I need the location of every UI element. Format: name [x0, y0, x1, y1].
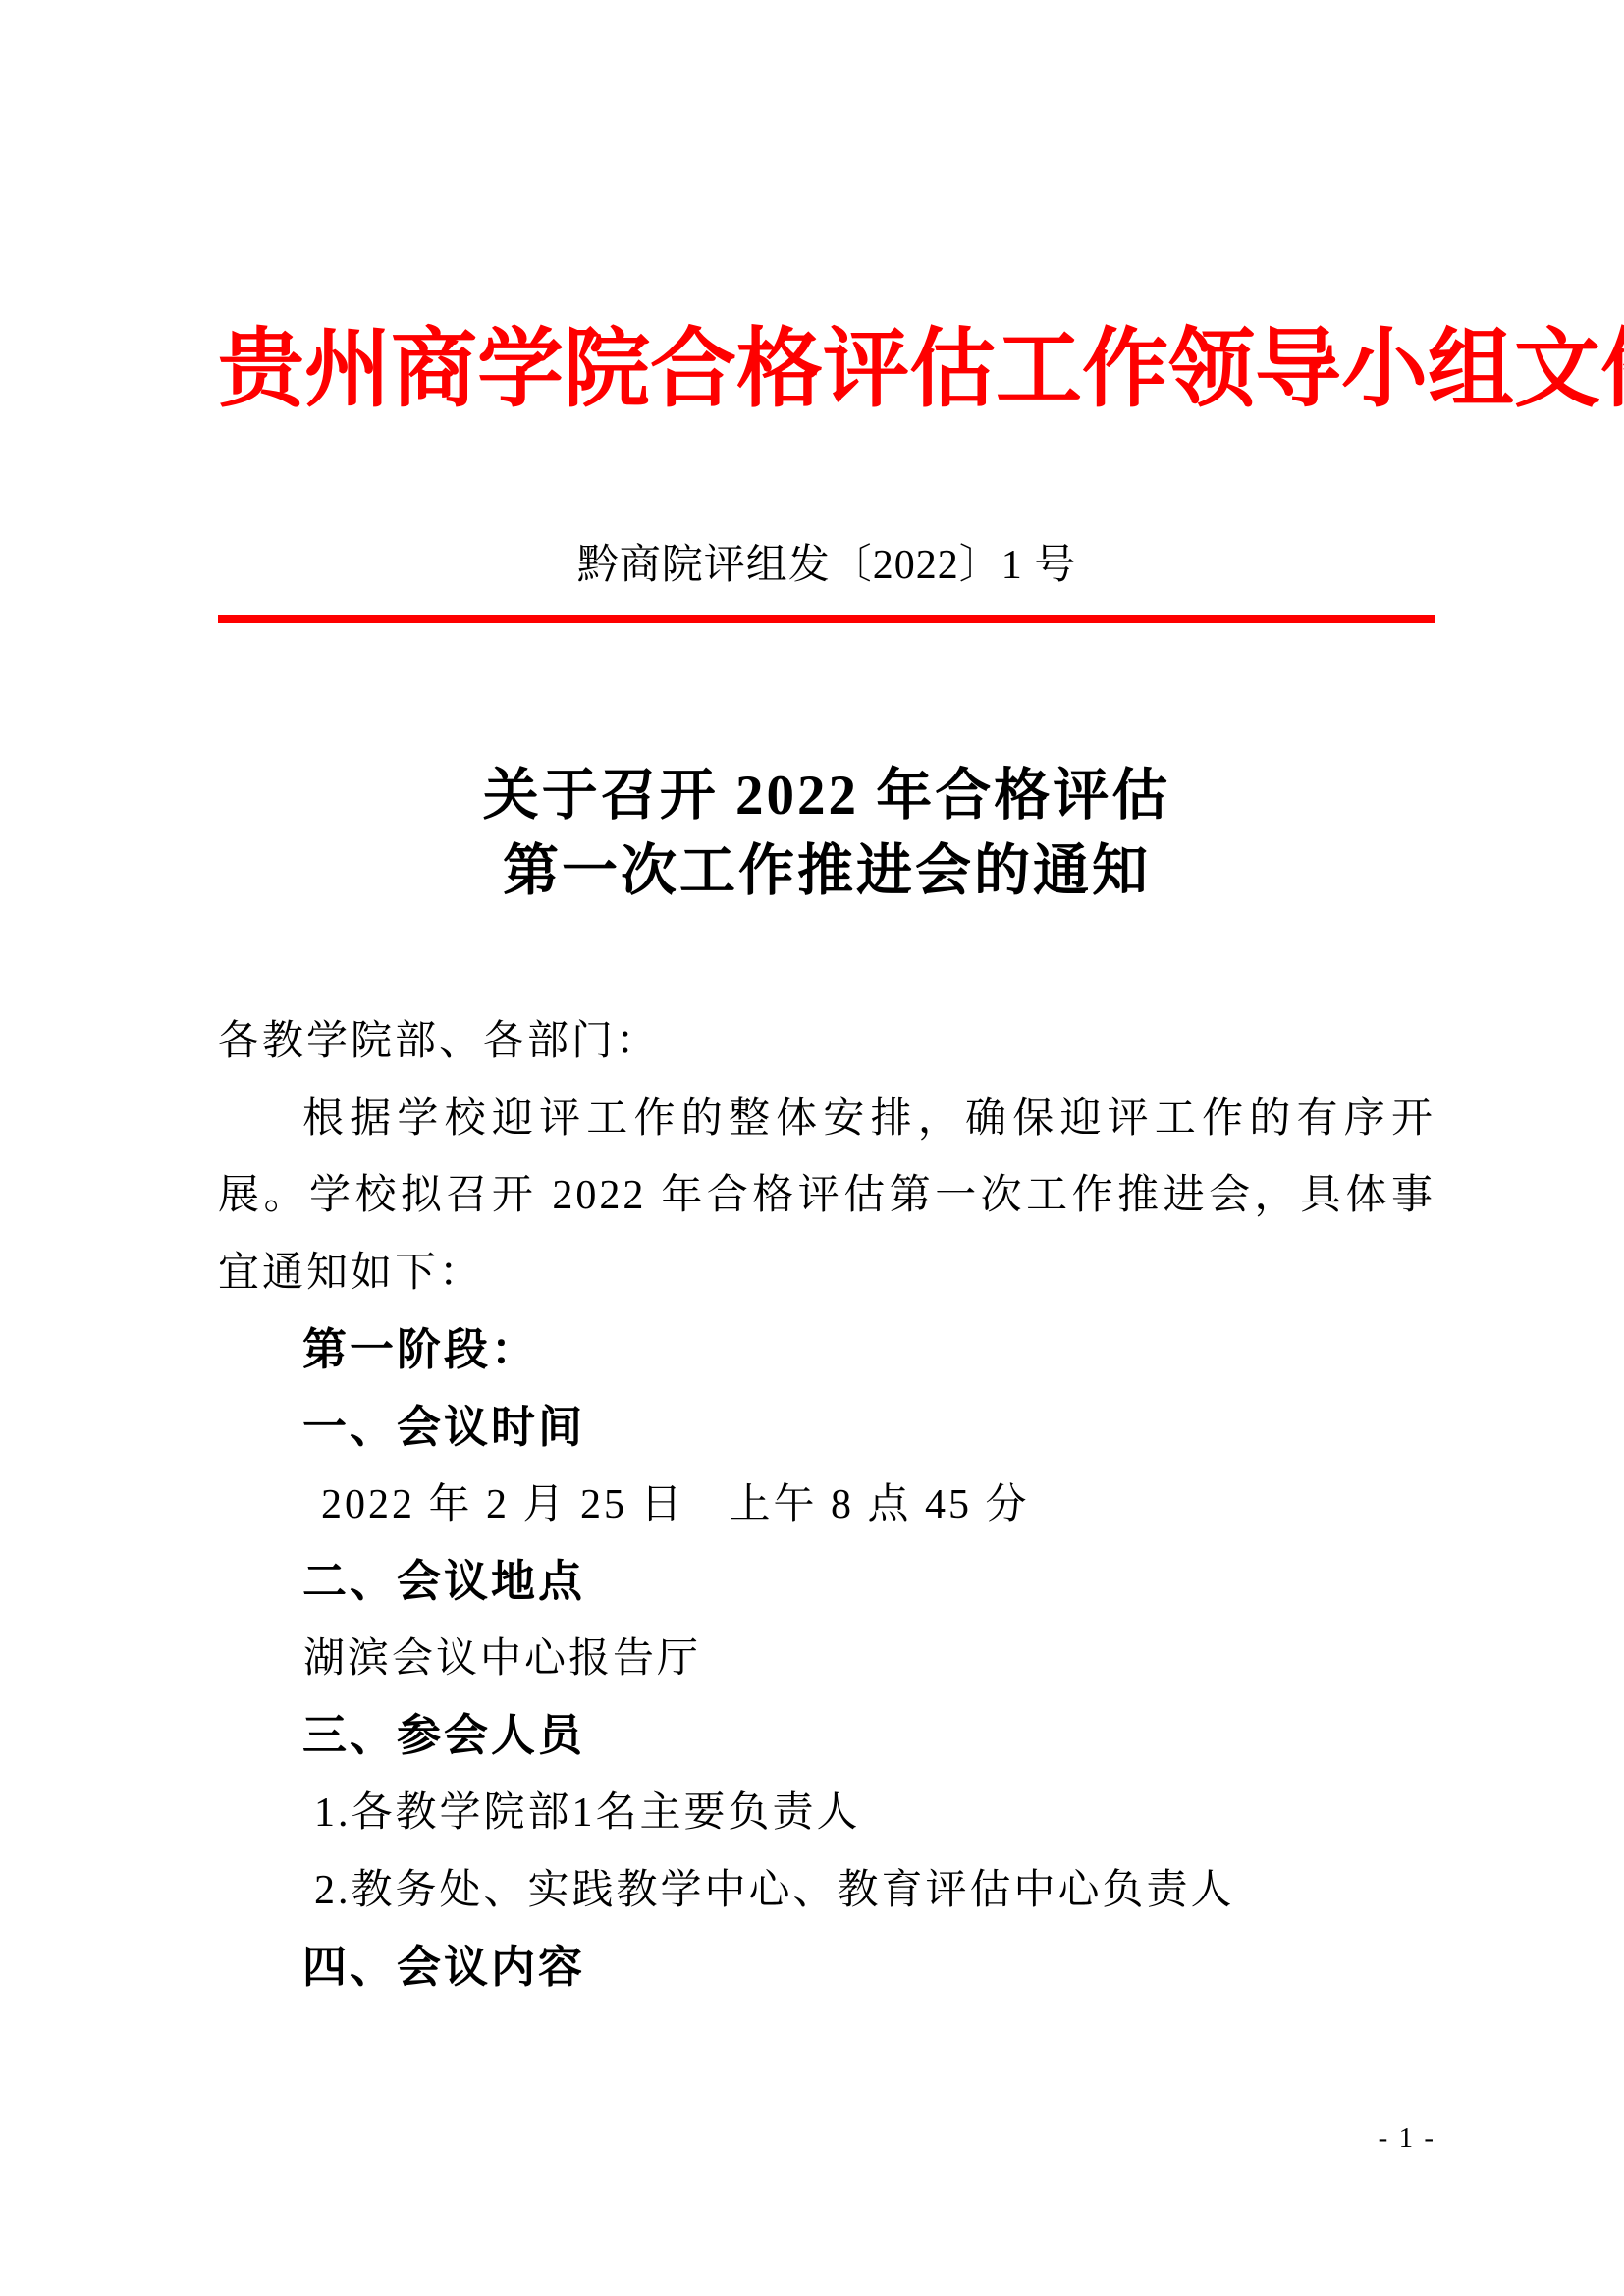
document-title-line2: 第一次工作推进会的通知	[218, 833, 1435, 909]
document-number: 黔商院评组发〔2022〕1 号	[218, 538, 1435, 593]
meeting-time-value: 2022 年 2 月 25 日 上午 8 点 45 分	[218, 1467, 1435, 1544]
section-2-heading: 二、会议地点	[218, 1543, 1435, 1621]
document-title: 关于召开 2022 年合格评估 第一次工作推进会的通知	[218, 758, 1435, 909]
meeting-place-value: 湖滨会议中心报告厅	[218, 1621, 1435, 1698]
attendee-item-1: 1.各教学院部1名主要负责人	[218, 1775, 1435, 1852]
letterhead-banner-title: 贵州商学院合格评估工作领导小组文件	[218, 312, 1435, 430]
salutation: 各教学院部、各部门：	[218, 1003, 1435, 1081]
document-page: 贵州商学院合格评估工作领导小组文件 黔商院评组发〔2022〕1 号 关于召开 2…	[0, 0, 1624, 2296]
section-3-heading: 三、参会人员	[218, 1697, 1435, 1775]
document-title-line1: 关于召开 2022 年合格评估	[218, 758, 1435, 833]
letterhead-red-rule	[218, 615, 1435, 623]
page-number: - 1 -	[1379, 2122, 1435, 2155]
stage-heading: 第一阶段：	[218, 1311, 1435, 1389]
intro-paragraph: 根据学校迎评工作的整体安排，确保迎评工作的有序开展。学校拟召开 2022 年合格…	[218, 1081, 1435, 1312]
section-4-heading: 四、会议内容	[218, 1929, 1435, 2006]
document-body: 各教学院部、各部门： 根据学校迎评工作的整体安排，确保迎评工作的有序开展。学校拟…	[218, 1003, 1435, 2006]
attendee-item-2: 2.教务处、实践教学中心、教育评估中心负责人	[218, 1852, 1435, 1930]
section-1-heading: 一、会议时间	[218, 1389, 1435, 1467]
